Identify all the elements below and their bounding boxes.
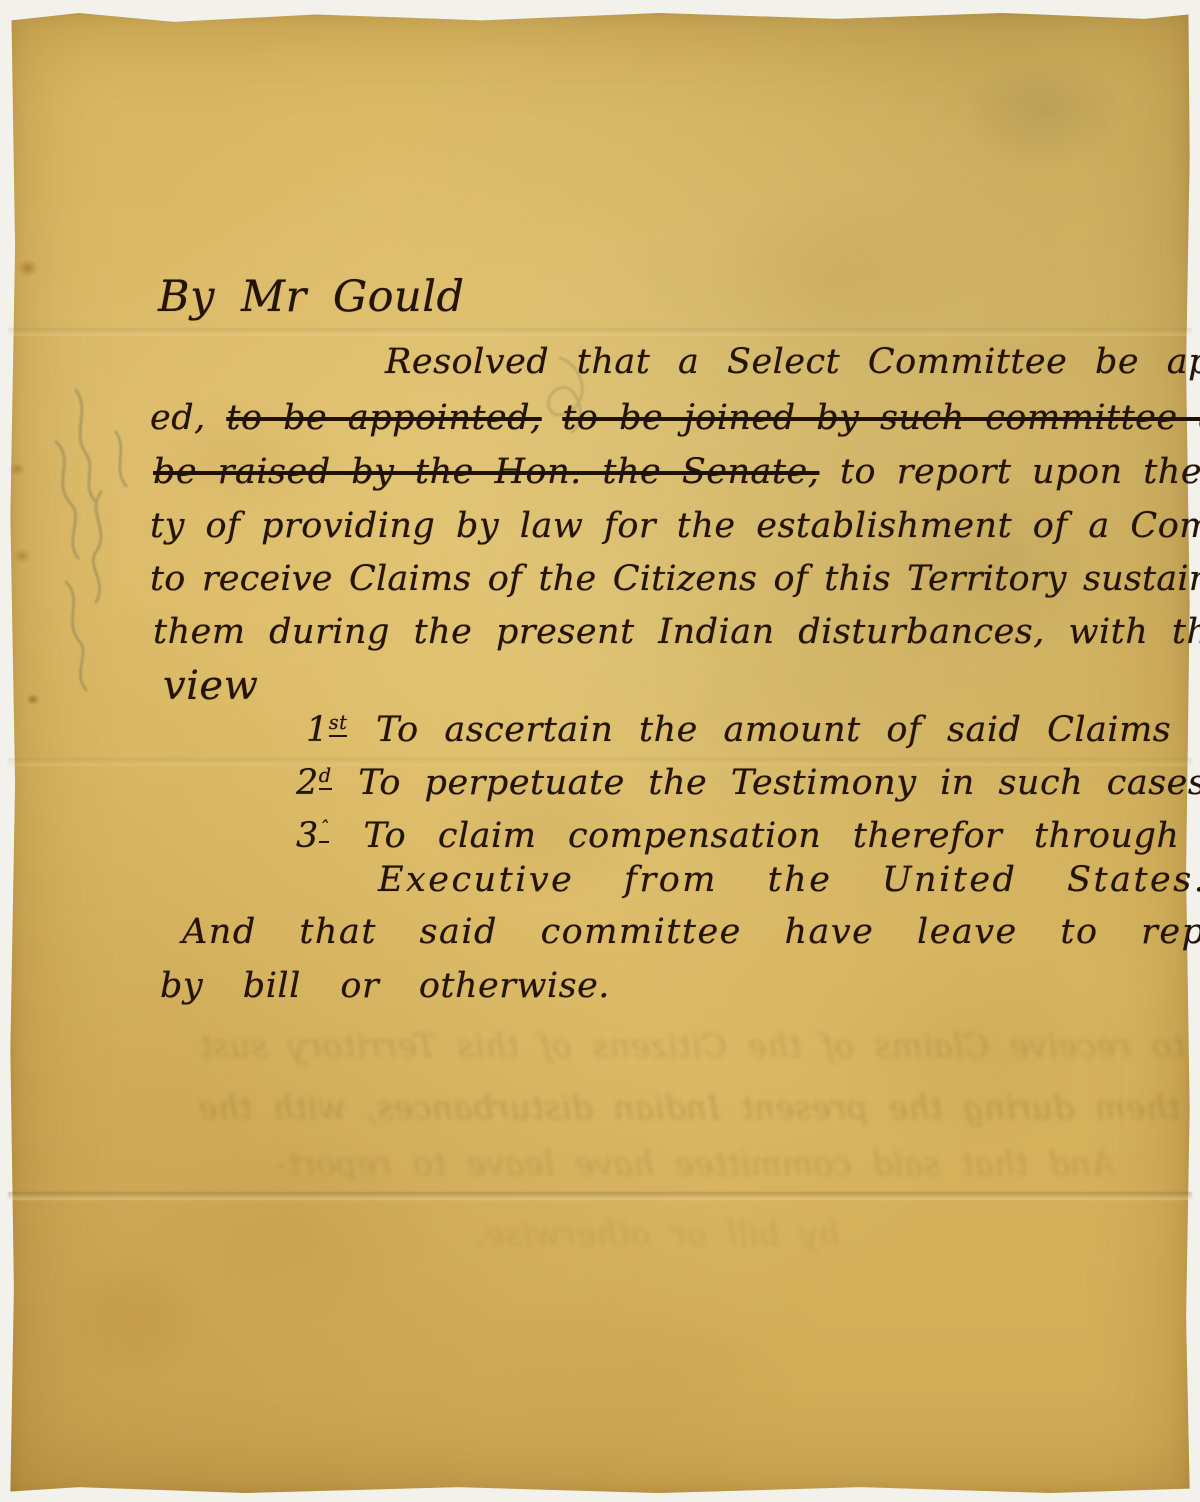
struck-text: to be joined by such committee as may [562, 398, 1200, 438]
manuscript-line: ty of providing by law for the establish… [150, 506, 1200, 546]
manuscript-text: By Mr GouldResolved that a Select Commit… [0, 0, 1200, 1502]
manuscript-line: 1st To ascertain the amount of said Clai… [306, 710, 1171, 750]
superscript: ˆ [319, 817, 329, 843]
text-segment: And that said committee have leave to re… [182, 912, 1200, 952]
superscript: st [329, 711, 348, 737]
superscript: d [319, 764, 332, 790]
scanned-document-background: { "page": { "background_color": "#f3f1ec… [0, 0, 1200, 1502]
manuscript-line: them during the present Indian disturban… [153, 612, 1200, 652]
text-segment: 3 [296, 816, 319, 856]
text-segment: view [163, 663, 258, 709]
manuscript-line: by bill or otherwise. [160, 966, 610, 1006]
text-segment: ty of providing by law for the establish… [150, 506, 1200, 546]
text-segment: By Mr Gould [158, 272, 465, 322]
manuscript-line: to receive Claims of the Citizens of thi… [150, 559, 1200, 599]
text-segment: to receive Claims of the Citizens of thi… [150, 559, 1200, 599]
manuscript-line: 3ˆ To claim compensation therefor throug… [296, 816, 1200, 856]
manuscript-line: 2d To perpetuate the Testimony in such c… [296, 763, 1200, 803]
text-segment: by bill or otherwise. [160, 966, 610, 1006]
text-segment: To claim compensation therefor through t… [332, 816, 1200, 856]
text-segment: ed, [150, 398, 226, 438]
text-segment: Resolved that a Select Committee be appo… [385, 342, 1200, 382]
manuscript-line: ed, to be appointed, to be joined by suc… [150, 398, 1200, 438]
text-segment: To perpetuate the Testimony in such case… [335, 763, 1200, 803]
text-segment: 1 [306, 710, 329, 750]
manuscript-line: be raised by the Hon. the Senate, to rep… [153, 452, 1200, 492]
text-segment: them during the present Indian disturban… [153, 612, 1200, 652]
text-segment [542, 398, 563, 438]
manuscript-line-attribution: By Mr Gould [158, 272, 465, 322]
manuscript-line: view [163, 663, 258, 709]
struck-text: be raised by the Hon. the Senate, [153, 452, 819, 492]
manuscript-line: Executive from the United States. [378, 860, 1200, 900]
struck-text: to be appointed, [226, 398, 541, 438]
text-segment: to report upon the proprie= [819, 452, 1200, 492]
manuscript-line: And that said committee have leave to re… [182, 912, 1200, 952]
manuscript-line: Resolved that a Select Committee be appo… [385, 342, 1200, 382]
text-segment: Executive from the United States. [378, 860, 1200, 900]
text-segment: To ascertain the amount of said Claims [350, 710, 1171, 750]
text-segment: 2 [296, 763, 319, 803]
